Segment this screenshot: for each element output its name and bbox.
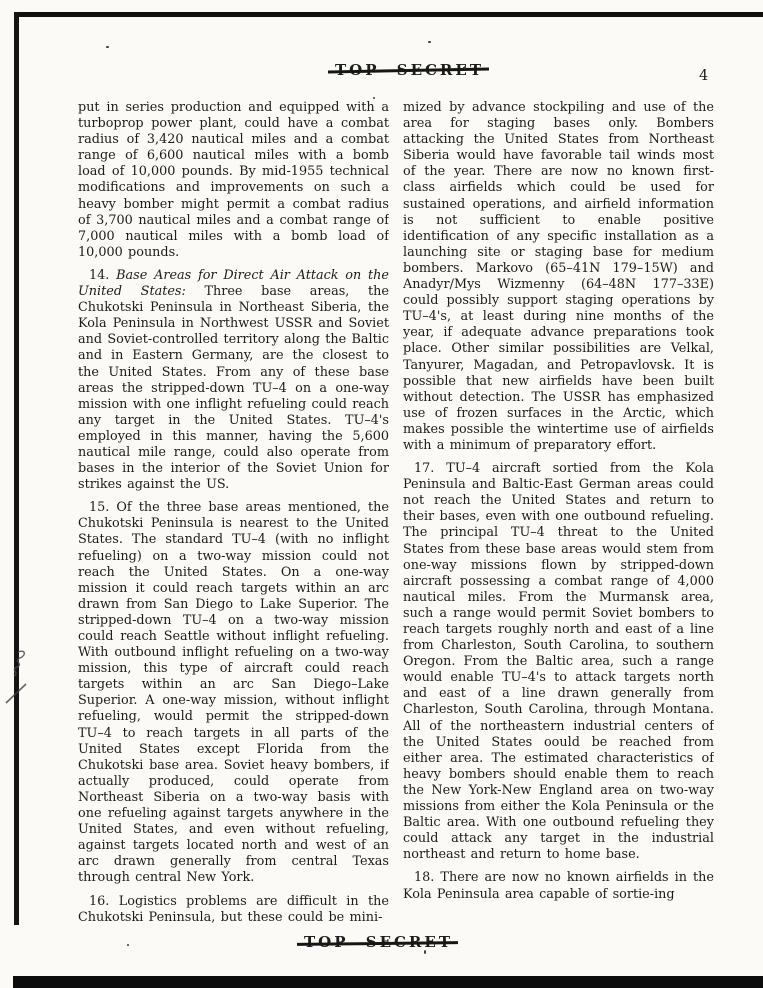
paragraph-text: Of the three base areas mentioned, the C… bbox=[78, 500, 389, 885]
paragraph-text: Three base areas, the Chukotski Peninsul… bbox=[78, 284, 389, 492]
ink-speck bbox=[106, 46, 109, 48]
ink-speck bbox=[373, 97, 375, 99]
paragraph-15: 15. Of the three base areas mentioned, t… bbox=[78, 500, 389, 886]
ink-speck bbox=[424, 950, 426, 954]
page-number: 4 bbox=[699, 68, 708, 84]
paragraph-17: 17. TU–4 aircraft sortied from the Kola … bbox=[403, 461, 714, 863]
right-column: mized by advance stockpiling and use of … bbox=[403, 100, 714, 942]
paragraph-text: TU–4 aircraft sortied from the Kola Peni… bbox=[403, 461, 714, 862]
paragraph-16-continuation: mized by advance stockpiling and use of … bbox=[403, 100, 714, 454]
scan-border-bottom bbox=[13, 976, 763, 988]
paragraph-number: 15. bbox=[89, 500, 109, 515]
classification-banner-bottom: TOP SECRET bbox=[304, 933, 453, 951]
classification-banner-top: TOP SECRET bbox=[335, 61, 484, 79]
classification-text: TOP SECRET bbox=[304, 933, 453, 951]
classification-text: TOP SECRET bbox=[335, 61, 484, 79]
ink-speck bbox=[127, 944, 129, 946]
scanned-document-page: TOP SECRET 4 put in series production an… bbox=[0, 0, 763, 988]
scan-border-left bbox=[14, 12, 19, 925]
paragraph-text: put in series production and equipped wi… bbox=[78, 100, 389, 260]
paragraph-number: 17. bbox=[414, 461, 434, 476]
paragraph-continuation: put in series production and equipped wi… bbox=[78, 100, 389, 261]
ink-speck bbox=[464, 66, 466, 69]
ink-speck bbox=[428, 41, 431, 43]
paragraph-number: 14. bbox=[89, 268, 109, 283]
paragraph-text: Logistics problems are difficult in the … bbox=[78, 894, 389, 925]
paragraph-number: 18. bbox=[414, 870, 434, 885]
scan-border-top bbox=[14, 12, 763, 17]
paragraph-text: There are now no known airfields in the … bbox=[403, 870, 714, 901]
paragraph-16: 16. Logistics problems are difficult in … bbox=[78, 894, 389, 926]
margin-pencil-mark bbox=[2, 646, 34, 718]
paragraph-14: 14. Base Areas for Direct Air Attack on … bbox=[78, 268, 389, 493]
paragraph-18: 18. There are now no known airfields in … bbox=[403, 870, 714, 902]
left-column: put in series production and equipped wi… bbox=[78, 100, 389, 942]
paragraph-text: mized by advance stockpiling and use of … bbox=[403, 100, 714, 453]
paragraph-number: 16. bbox=[89, 894, 109, 909]
